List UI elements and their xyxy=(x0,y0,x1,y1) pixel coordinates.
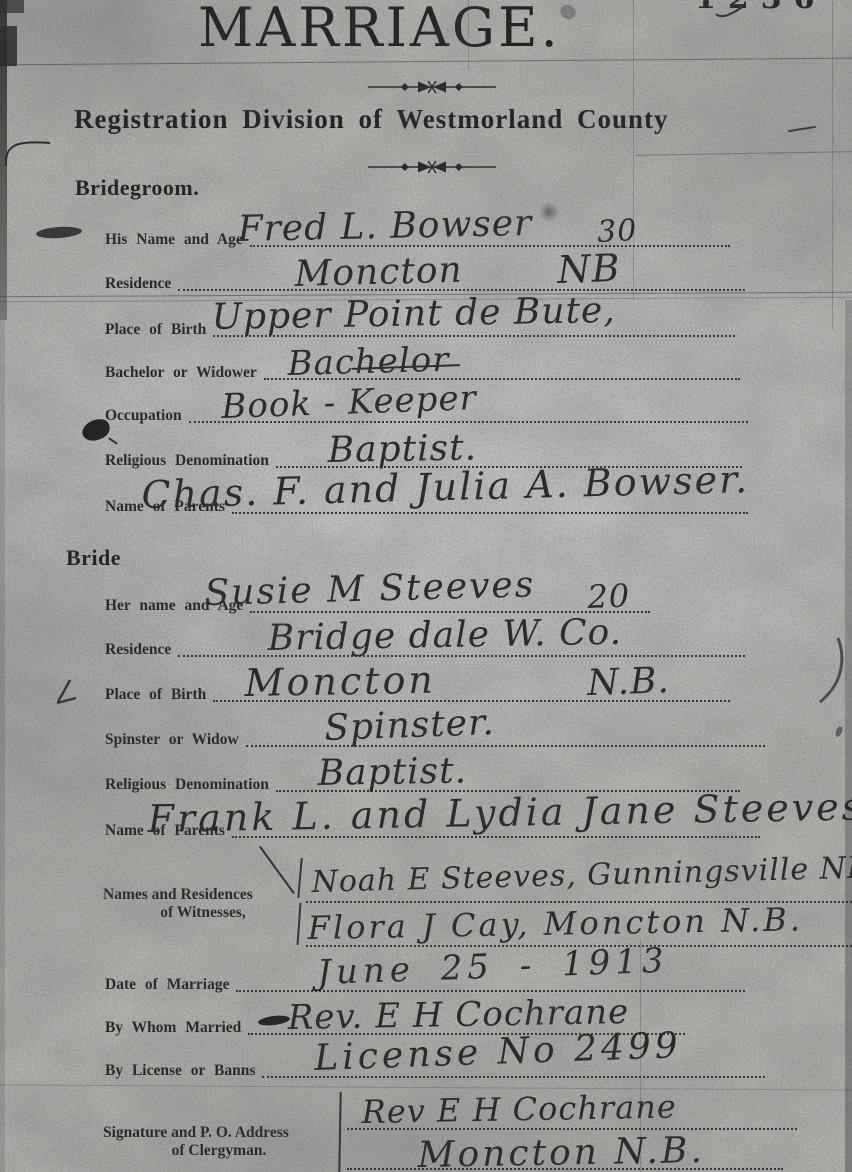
division-title: Registration Division of Westmorland Cou… xyxy=(74,104,669,135)
field-label: By License or Banns xyxy=(105,1062,255,1080)
clergyman-brace-line xyxy=(338,1092,341,1172)
handwritten-bride-birthplace-province: N.B. xyxy=(587,663,671,702)
witnesses-label: Names and Residences of Witnesses, xyxy=(103,886,303,922)
scan-artifact-fold-line xyxy=(633,0,634,300)
handwritten-groom-age: 30 xyxy=(596,216,638,248)
field-label: Occupation xyxy=(105,407,182,425)
handwritten-bride-residence: Bridge dale W. Co. xyxy=(267,615,622,657)
handwritten-bride-birthplace: Moncton xyxy=(244,661,436,702)
scan-artifact-right-edge xyxy=(845,300,852,1172)
scan-artifact-corner-block xyxy=(0,26,17,66)
handwritten-bride-denomination: Baptist. xyxy=(317,753,467,792)
arrow-divider-ornament xyxy=(368,160,496,174)
scan-artifact-left-edge-faint xyxy=(0,320,5,1172)
field-label: By Whom Married xyxy=(105,1019,241,1037)
document-title: MARRIAGE. xyxy=(198,0,561,59)
field-label: Date of Marriage xyxy=(105,976,229,994)
handwritten-groom-occupation: Book - Keeper xyxy=(221,381,478,424)
field-label: Residence xyxy=(105,641,171,659)
scan-artifact-fold-line xyxy=(635,151,852,156)
handwritten-groom-name: Fred L. Bowser xyxy=(237,206,532,248)
scan-artifact-ink-blot-tail xyxy=(108,437,117,444)
scan-artifact-smudge xyxy=(36,225,83,239)
field-label: Bachelor or Widower xyxy=(105,364,257,382)
arrow-divider-ornament xyxy=(368,80,496,94)
witnesses-label-line1: Names and Residences xyxy=(103,886,303,904)
field-label: Spinster or Widow xyxy=(105,731,239,749)
bridegroom-heading: Bridegroom. xyxy=(75,175,199,201)
handwritten-clergyman-signature: Rev E H Cochrane xyxy=(361,1091,677,1128)
handwritten-bride-parents: Frank L. and Lydia Jane Steeves xyxy=(147,787,852,838)
scan-artifact-fold-line xyxy=(468,0,469,70)
scan-artifact-pen-flourish xyxy=(714,5,744,21)
clergyman-label-line2: of Clergyman. xyxy=(103,1142,335,1160)
handwritten-groom-denomination: Baptist. xyxy=(327,430,477,469)
handwritten-clergyman-address: Moncton N.B. xyxy=(417,1133,705,1172)
field-label: Religious Denomination xyxy=(105,776,269,794)
handwritten-witness-1: Noah E Steeves, Gunningsville NB xyxy=(311,853,852,898)
marriage-registration-document: MARRIAGE. 1236 Registration Division of … xyxy=(0,0,852,1172)
scan-artifact-pen-hook xyxy=(4,132,54,168)
scan-artifact-pen-mark xyxy=(54,676,80,708)
field-label: Place of Birth xyxy=(105,321,206,339)
scan-artifact-corner-block xyxy=(0,0,24,13)
witnesses-label-line2: of Witnesses, xyxy=(103,904,303,922)
field-label: Place of Birth xyxy=(105,686,206,704)
scan-artifact-fold-line xyxy=(0,1084,852,1090)
scan-artifact-fold-line xyxy=(832,0,833,330)
dotted-line xyxy=(246,745,765,747)
field-label: Residence xyxy=(105,275,171,293)
scan-artifact-ink-blot xyxy=(80,417,112,444)
scan-artifact-pen-dash xyxy=(788,126,816,132)
field-label: His Name and Age xyxy=(105,231,243,249)
scan-artifact-fold-line xyxy=(640,940,641,1172)
bride-heading: Bride xyxy=(66,545,121,571)
handwritten-groom-residence: Moncton xyxy=(294,253,463,293)
scan-artifact-pen-curve xyxy=(812,636,848,706)
handwritten-groom-residence-province: NB xyxy=(557,249,621,289)
field-label: Religious Denomination xyxy=(105,452,269,470)
handwritten-witness-2: Flora J Cay, Moncton N.B. xyxy=(307,903,803,944)
scan-artifact-smudge xyxy=(538,202,560,222)
handwritten-groom-status: Bachelor xyxy=(287,343,450,381)
dotted-line xyxy=(236,990,745,992)
clergyman-label-line1: Signature and P. O. Address xyxy=(103,1124,335,1142)
handwritten-bride-age: 20 xyxy=(587,580,631,613)
handwritten-bride-status: Spinster. xyxy=(324,705,496,747)
clergyman-label: Signature and P. O. Address of Clergyman… xyxy=(103,1124,335,1160)
scan-artifact-smudge xyxy=(558,2,579,22)
handwritten-bride-name: Susie M Steeves xyxy=(204,567,536,612)
scan-artifact-speck xyxy=(834,725,844,737)
